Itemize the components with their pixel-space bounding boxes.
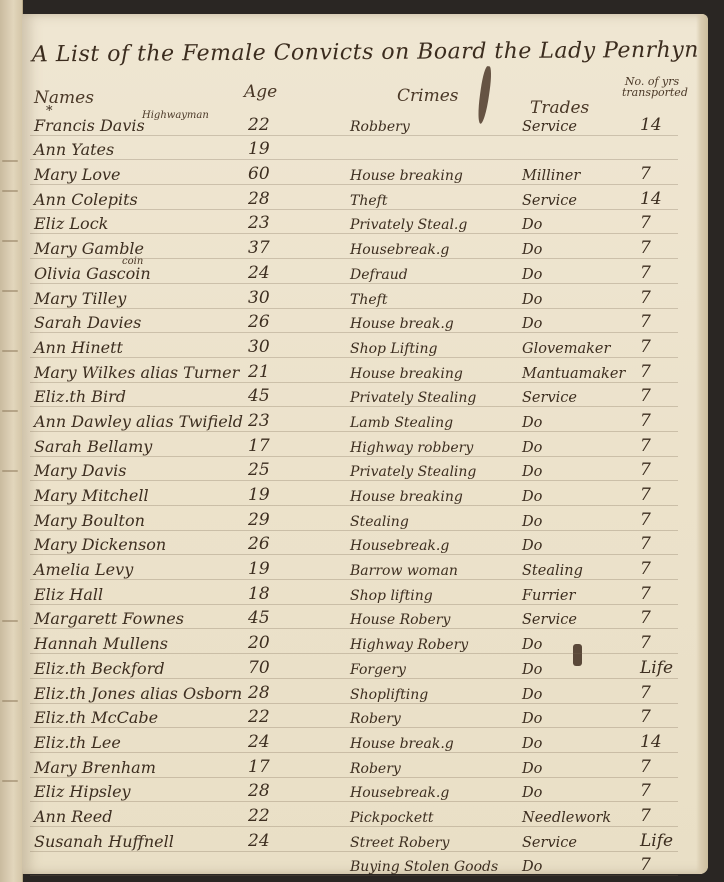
convict-trade: Do [522,662,542,678]
table-row: Eliz.th Lee24House break.gDo14 [22,731,708,756]
table-row: Buying Stolen GoodsDo7 [22,855,708,880]
convict-crime: Highway robbery [350,440,473,456]
table-row: Sarah Davies26House break.gDo7 [22,312,708,337]
convict-name: Hannah Mullens [34,634,168,653]
convict-crime: Defraud [350,267,408,283]
convict-crime: Privately Stealing [350,390,476,406]
convict-term: Life [640,831,673,851]
convict-trade: Service [522,119,577,135]
table-row: Ann Hinett30Shop LiftingGlovemaker7 [22,336,708,361]
convict-crime: Barrow woman [350,563,458,579]
convict-name: Ann Reed [34,807,112,826]
ruled-line [30,875,678,876]
convict-term: 7 [640,683,651,703]
convict-name: Mary Tilley [34,289,126,308]
convict-term: 7 [640,337,651,357]
table-row: Mary Love60House breakingMilliner7 [22,163,708,188]
convict-age: 28 [248,781,270,801]
convict-term: 7 [640,288,651,308]
convict-trade: Service [522,612,577,628]
convict-term: 7 [640,485,651,505]
convict-trade: Do [522,292,542,308]
convict-name: Mary Love [34,165,120,184]
table-row: Francis Davis22RobberyService14Highwayma… [22,114,708,139]
convict-term: 7 [640,633,651,653]
convict-name: Amelia Levy [34,560,133,579]
convict-term: 7 [640,707,651,727]
convict-name: Susanah Huffnell [34,832,174,851]
table-row: Amelia Levy19Barrow womanStealing7 [22,558,708,583]
convict-crime: House breaking [350,489,463,505]
convict-crime: Pickpockett [350,810,433,826]
convict-name: Mary Boulton [34,511,145,530]
ruled-line [30,678,678,679]
convict-trade: Do [522,489,542,505]
convict-age: 18 [248,584,270,604]
ruled-line [30,530,678,531]
convict-term: 7 [640,806,651,826]
table-row: Margarett Fownes45House RoberyService7 [22,608,708,633]
convict-name: Mary Davis [34,461,126,480]
convict-name: Mary Dickenson [34,535,166,554]
table-row: Mary Boulton29StealingDo7 [22,509,708,534]
convict-term: 7 [640,411,651,431]
table-row: Eliz.th Bird45Privately StealingService7 [22,386,708,411]
ruled-line [30,406,678,407]
table-row: Mary Tilley30TheftDo7 [22,287,708,312]
convict-crime: Robery [350,761,401,777]
convict-term: 7 [640,559,651,579]
convict-age: 25 [248,460,270,480]
convict-trade: Do [522,637,542,653]
ruled-line [30,604,678,605]
convict-term: 7 [640,164,651,184]
convict-name: Eliz Hipsley [34,782,131,801]
annotation-note: coin [122,256,143,267]
convict-term: 7 [640,263,651,283]
convict-name: Ann Hinett [34,338,123,357]
convict-age: 26 [248,534,270,554]
convict-name: Eliz Lock [34,214,108,233]
convict-crime: House breaking [350,168,463,184]
header-age: Age [244,82,277,102]
header-crimes: Crimes [397,86,458,106]
convict-term: 7 [640,460,651,480]
annotation-note: Highwayman [142,110,209,121]
table-row: Sarah Bellamy17Highway robberyDo7 [22,435,708,460]
table-row: Susanah Huffnell24Street RoberyServiceLi… [22,830,708,855]
ruled-line [30,703,678,704]
convict-crime: Housebreak.g [350,242,449,258]
convict-crime: Stealing [350,514,409,530]
convict-crime: Privately Steal.g [350,217,467,233]
ruled-line [30,308,678,309]
convict-name: Eliz Hall [34,585,103,604]
convict-age: 20 [248,633,270,653]
convict-age: 30 [248,288,270,308]
convict-trade: Do [522,538,542,554]
convict-trade: Do [522,415,542,431]
table-row: Mary Davis25Privately StealingDo7 [22,460,708,485]
ruled-line [30,752,678,753]
convict-crime: Buying Stolen Goods [350,859,498,875]
convict-crime: Theft [350,292,387,308]
table-row: Ann Dawley alias Twifield23Lamb Stealing… [22,410,708,435]
convict-crime: Shop lifting [350,588,433,604]
convict-crime: House Robery [350,612,450,628]
convict-age: 60 [248,164,270,184]
convict-age: 70 [248,658,270,678]
convict-trade: Stealing [522,563,583,579]
convict-crime: Forgery [350,662,406,678]
convict-age: 26 [248,312,270,332]
table-row: Hannah Mullens20Highway RoberyDo7 [22,632,708,657]
convict-age: 24 [248,732,270,752]
convict-trade: Do [522,440,542,456]
convict-term: Life [640,658,673,678]
ruled-line [30,505,678,506]
convict-trade: Do [522,859,542,875]
ruled-line [30,628,678,629]
convict-term: 7 [640,584,651,604]
book-binding-gutter [0,0,23,882]
convict-term: 7 [640,312,651,332]
convict-age: 19 [248,139,270,159]
convict-age: 21 [248,362,270,382]
convict-term: 7 [640,436,651,456]
convict-age: 19 [248,485,270,505]
ruled-line [30,456,678,457]
convict-name: Ann Yates [34,140,114,159]
convict-term: 7 [640,213,651,233]
convict-term: 7 [640,238,651,258]
ruled-line [30,135,678,136]
convict-age: 19 [248,559,270,579]
table-row: Ann Yates19 [22,139,708,164]
convict-trade: Mantuamaker [522,366,625,382]
convict-age: 22 [248,115,270,135]
convict-age: 28 [248,189,270,209]
convict-trade: Do [522,514,542,530]
convict-term: 14 [640,189,662,209]
convict-age: 17 [248,436,270,456]
ruled-line [30,382,678,383]
convict-term: 14 [640,115,662,135]
convict-trade: Furrier [522,588,575,604]
asterisk-mark: * [46,104,53,119]
convict-term: 7 [640,608,651,628]
ruled-line [30,431,678,432]
convict-trade: Do [522,711,542,727]
convict-name: Mary Brenham [34,758,156,777]
convict-name: Mary Wilkes alias Turner [34,363,239,382]
table-row: Ann Reed22PickpockettNeedlework7 [22,805,708,830]
convict-term: 7 [640,362,651,382]
convict-crime: Robbery [350,119,410,135]
convict-crime: Housebreak.g [350,538,449,554]
convict-name: Eliz.th Beckford [34,659,165,678]
convict-trade: Do [522,267,542,283]
convict-trade: Milliner [522,168,580,184]
manuscript-page: A List of the Female Convicts on Board t… [22,14,708,874]
convict-trade: Do [522,316,542,332]
convict-trade: Do [522,217,542,233]
convict-trade: Do [522,736,542,752]
convict-name: Eliz.th Lee [34,733,121,752]
ruled-line [30,851,678,852]
convict-age: 29 [248,510,270,530]
table-row: Eliz Hipsley28Housebreak.gDo7 [22,781,708,806]
convict-name: Ann Dawley alias Twifield [34,412,243,431]
convict-crime: Highway Robery [350,637,468,653]
ruled-line [30,159,678,160]
convict-crime: Privately Stealing [350,464,476,480]
ruled-line [30,727,678,728]
convict-name: Sarah Bellamy [34,437,152,456]
convict-age: 28 [248,683,270,703]
convict-crime: Theft [350,193,387,209]
convict-trade: Service [522,835,577,851]
convict-crime: Housebreak.g [350,785,449,801]
convict-term: 7 [640,510,651,530]
convict-name: Eliz.th Bird [34,387,126,406]
convict-crime: Shop Lifting [350,341,438,357]
convict-trade: Do [522,687,542,703]
table-row: Eliz.th Beckford70ForgeryDoLife [22,657,708,682]
convict-age: 24 [248,263,270,283]
header-names: Names [34,88,94,108]
convict-trade: Glovemaker [522,341,610,357]
convict-trade: Needlework [522,810,611,826]
convict-crime: Robery [350,711,401,727]
convict-name: Eliz.th Jones alias Osborn [34,684,242,703]
convict-age: 30 [248,337,270,357]
convict-age: 22 [248,806,270,826]
convict-age: 23 [248,213,270,233]
ruled-line [30,184,678,185]
convict-age: 17 [248,757,270,777]
convict-term: 7 [640,386,651,406]
ruled-line [30,480,678,481]
convict-name: Sarah Davies [34,313,141,332]
ruled-line [30,357,678,358]
convict-list: Francis Davis22RobberyService14Highwayma… [22,114,708,879]
convict-name: Ann Colepits [34,190,138,209]
ruled-line [30,826,678,827]
convict-trade: Do [522,761,542,777]
ruled-line [30,579,678,580]
convict-term: 7 [640,855,651,875]
convict-trade: Do [522,242,542,258]
ruled-line [30,653,678,654]
ruled-line [30,209,678,210]
table-row: Eliz.th Jones alias Osborn28ShopliftingD… [22,682,708,707]
page-title: A List of the Female Convicts on Board t… [32,38,702,68]
convict-name: Mary Mitchell [34,486,149,505]
convict-age: 24 [248,831,270,851]
convict-trade: Do [522,464,542,480]
table-row: Mary Wilkes alias Turner21House breaking… [22,361,708,386]
convict-crime: Shoplifting [350,687,428,703]
convict-name: Margarett Fownes [34,609,184,628]
convict-age: 45 [248,386,270,406]
convict-name: Eliz.th McCabe [34,708,158,727]
table-row: Olivia Gascoin24DefraudDo7coin [22,262,708,287]
table-row: Eliz Hall18Shop liftingFurrier7 [22,583,708,608]
convict-term: 7 [640,534,651,554]
convict-crime: House breaking [350,366,463,382]
convict-age: 22 [248,707,270,727]
convict-age: 23 [248,411,270,431]
convict-crime: House break.g [350,736,454,752]
ruled-line [30,283,678,284]
convict-crime: House break.g [350,316,454,332]
table-row: Eliz Lock23Privately Steal.gDo7 [22,213,708,238]
convict-age: 45 [248,608,270,628]
ruled-line [30,777,678,778]
table-row: Mary Mitchell19House breakingDo7 [22,484,708,509]
convict-trade: Do [522,785,542,801]
convict-trade: Service [522,193,577,209]
convict-term: 7 [640,757,651,777]
convict-term: 7 [640,781,651,801]
convict-crime: Street Robery [350,835,449,851]
ruled-line [30,554,678,555]
convict-crime: Lamb Stealing [350,415,453,431]
ruled-line [30,233,678,234]
ruled-line [30,332,678,333]
table-row: Ann Colepits28TheftService14 [22,188,708,213]
convict-term: 14 [640,732,662,752]
table-row: Eliz.th McCabe22RoberyDo7 [22,707,708,732]
convict-trade: Service [522,390,577,406]
table-row: Mary Brenham17RoberyDo7 [22,756,708,781]
table-row: Mary Dickenson26Housebreak.gDo7 [22,534,708,559]
header-years-transported: No. of yrs transported [622,76,682,98]
convict-age: 37 [248,238,270,258]
ruled-line [30,801,678,802]
